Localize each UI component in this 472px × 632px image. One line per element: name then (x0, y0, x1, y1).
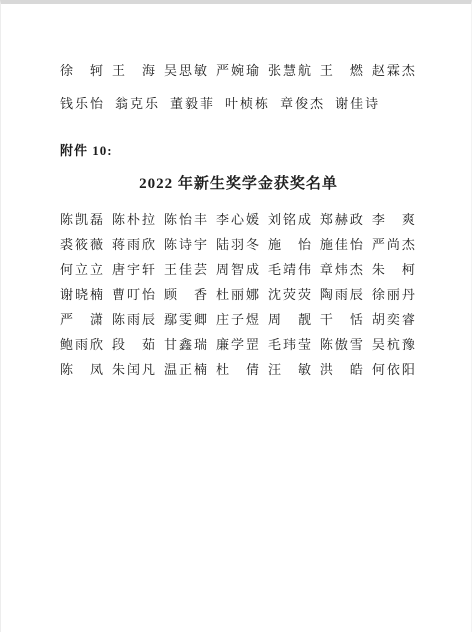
name: 施佳怡 (320, 232, 365, 257)
name: 王 海 (112, 54, 157, 87)
document-page: 徐 轲王 海吴思敏严婉瑜张慧航王 燃赵霖杰钱乐怡翁克乐董毅菲叶桢栋章俊杰谢佳诗 … (0, 0, 472, 632)
name: 陆羽冬 (216, 232, 261, 257)
name: 严 潇 (60, 307, 105, 332)
name: 陈傲雪 (320, 332, 365, 357)
name-row: 钱乐怡翁克乐董毅菲叶桢栋章俊杰谢佳诗 (60, 87, 417, 120)
name: 周智成 (216, 257, 261, 282)
name: 汪 敏 (268, 357, 313, 382)
name: 陶雨辰 (320, 282, 365, 307)
attachment-label: 附件 10: (60, 140, 417, 159)
name: 裘筱薇 (60, 232, 105, 257)
name-row: 徐 轲王 海吴思敏严婉瑜张慧航王 燃赵霖杰 (60, 54, 417, 87)
name: 廉学罡 (216, 332, 261, 357)
name-row: 鲍雨欣段 茹甘鑫瑞廉学罡毛玮莹陈傲雪吴杭豫 (60, 332, 417, 357)
name: 徐 轲 (60, 54, 105, 87)
name: 胡奕睿 (372, 307, 417, 332)
name: 段 茹 (112, 332, 157, 357)
name: 李 爽 (372, 207, 417, 232)
name: 李心媛 (216, 207, 261, 232)
name: 鲍雨欣 (60, 332, 105, 357)
top-names-section: 徐 轲王 海吴思敏严婉瑜张慧航王 燃赵霖杰钱乐怡翁克乐董毅菲叶桢栋章俊杰谢佳诗 (60, 54, 417, 120)
name: 陈凯磊 (60, 207, 105, 232)
name: 郑赫政 (320, 207, 365, 232)
name: 王佳芸 (164, 257, 209, 282)
name: 朱闰凡 (112, 357, 157, 382)
name: 徐丽丹 (372, 282, 417, 307)
name: 陈朴拉 (112, 207, 157, 232)
name-row: 严 潇陈雨辰鄢雯卿庄子煜周 靓干 恬胡奕睿 (60, 307, 417, 332)
name: 洪 皓 (320, 357, 365, 382)
name: 张慧航 (268, 54, 313, 87)
name: 甘鑫瑞 (164, 332, 209, 357)
name: 杜 倩 (216, 357, 261, 382)
name: 刘铭成 (268, 207, 313, 232)
name: 毛玮莹 (268, 332, 313, 357)
name-row: 何立立唐宇轩王佳芸周智成毛靖伟章炜杰朱 柯 (60, 257, 417, 282)
name: 陈雨辰 (112, 307, 157, 332)
name: 章炜杰 (320, 257, 365, 282)
name: 施 怡 (268, 232, 313, 257)
name: 叶桢栋 (225, 87, 270, 120)
name: 谢佳诗 (335, 87, 380, 120)
name: 杜丽娜 (216, 282, 261, 307)
name: 赵霖杰 (372, 54, 417, 87)
document-content: 徐 轲王 海吴思敏严婉瑜张慧航王 燃赵霖杰钱乐怡翁克乐董毅菲叶桢栋章俊杰谢佳诗 … (60, 4, 417, 382)
name: 严尚杰 (372, 232, 417, 257)
name: 毛靖伟 (268, 257, 313, 282)
name: 蒋雨欣 (112, 232, 157, 257)
name: 严婉瑜 (216, 54, 261, 87)
name: 章俊杰 (280, 87, 325, 120)
name-row: 谢晓楠曹叮怡顾 香杜丽娜沈荧荧陶雨辰徐丽丹 (60, 282, 417, 307)
name-row: 陈 凤朱闰凡温正楠杜 倩汪 敏洪 皓何依阳 (60, 357, 417, 382)
name: 干 恬 (320, 307, 365, 332)
name: 鄢雯卿 (164, 307, 209, 332)
name: 陈 凤 (60, 357, 105, 382)
name: 谢晓楠 (60, 282, 105, 307)
name: 吴杭豫 (372, 332, 417, 357)
name: 何依阳 (372, 357, 417, 382)
name: 吴思敏 (164, 54, 209, 87)
name: 沈荧荧 (268, 282, 313, 307)
name: 唐宇轩 (112, 257, 157, 282)
name: 何立立 (60, 257, 105, 282)
name: 庄子煜 (216, 307, 261, 332)
name: 温正楠 (164, 357, 209, 382)
name: 王 燃 (320, 54, 365, 87)
name: 朱 柯 (372, 257, 417, 282)
name: 董毅菲 (170, 87, 215, 120)
name: 曹叮怡 (112, 282, 157, 307)
name: 周 靓 (268, 307, 313, 332)
page-title: 2022 年新生奖学金获奖名单 (60, 172, 417, 193)
name-row: 陈凯磊陈朴拉陈怡丰李心媛刘铭成郑赫政李 爽 (60, 207, 417, 232)
name: 陈怡丰 (164, 207, 209, 232)
name: 陈诗宇 (164, 232, 209, 257)
name: 钱乐怡 (60, 87, 105, 120)
name-row: 裘筱薇蒋雨欣陈诗宇陆羽冬施 怡施佳怡严尚杰 (60, 232, 417, 257)
winner-names-section: 陈凯磊陈朴拉陈怡丰李心媛刘铭成郑赫政李 爽裘筱薇蒋雨欣陈诗宇陆羽冬施 怡施佳怡严… (60, 207, 417, 382)
name: 顾 香 (164, 282, 209, 307)
name: 翁克乐 (115, 87, 160, 120)
